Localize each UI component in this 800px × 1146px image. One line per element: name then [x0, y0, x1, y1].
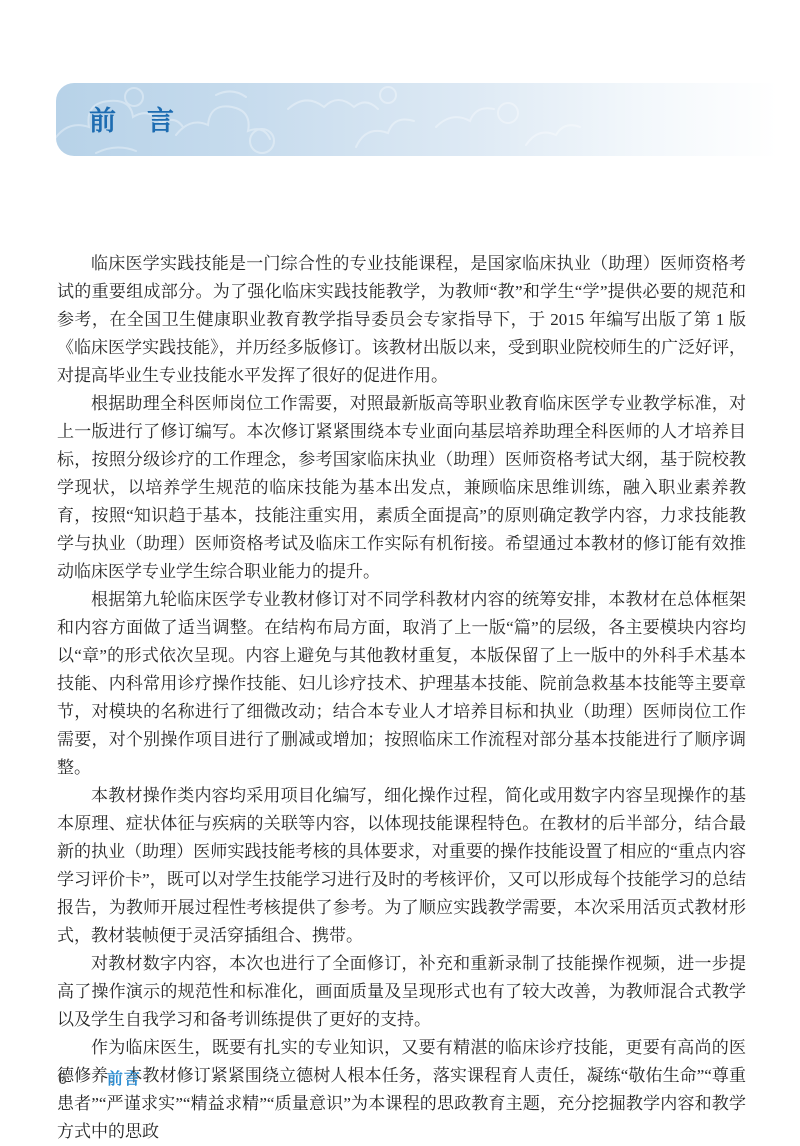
- footer-section-label: 前言: [107, 1066, 141, 1089]
- paragraph-6: 作为临床医生，既要有扎实的专业知识，又要有精湛的临床诊疗技能，更要有高尚的医德修…: [57, 1034, 746, 1146]
- preface-banner: 前 言: [56, 83, 800, 156]
- paragraph-5: 对教材数字内容，本次也进行了全面修订，补充和重新录制了技能操作视频，进一步提高了…: [57, 950, 746, 1034]
- paragraph-1: 临床医学实践技能是一门综合性的专业技能课程，是国家临床执业（助理）医师资格考试的…: [57, 250, 746, 390]
- page-title: 前 言: [89, 98, 176, 137]
- preface-body: 临床医学实践技能是一门综合性的专业技能课程，是国家临床执业（助理）医师资格考试的…: [57, 250, 746, 1146]
- page-number: 6: [58, 1071, 67, 1089]
- book-page: 前 言 临床医学实践技能是一门综合性的专业技能课程，是国家临床执业（助理）医师资…: [0, 0, 800, 1146]
- paragraph-4: 本教材操作类内容均采用项目化编写，细化操作过程，简化或用数字内容呈现操作的基本原…: [57, 782, 746, 950]
- paragraph-2: 根据助理全科医师岗位工作需要，对照最新版高等职业教育临床医学专业教学标准，对上一…: [57, 390, 746, 586]
- paragraph-3: 根据第九轮临床医学专业教材修订对不同学科教材内容的统筹安排，本教材在总体框架和内…: [57, 586, 746, 782]
- page-footer: 6 前言: [58, 1066, 747, 1089]
